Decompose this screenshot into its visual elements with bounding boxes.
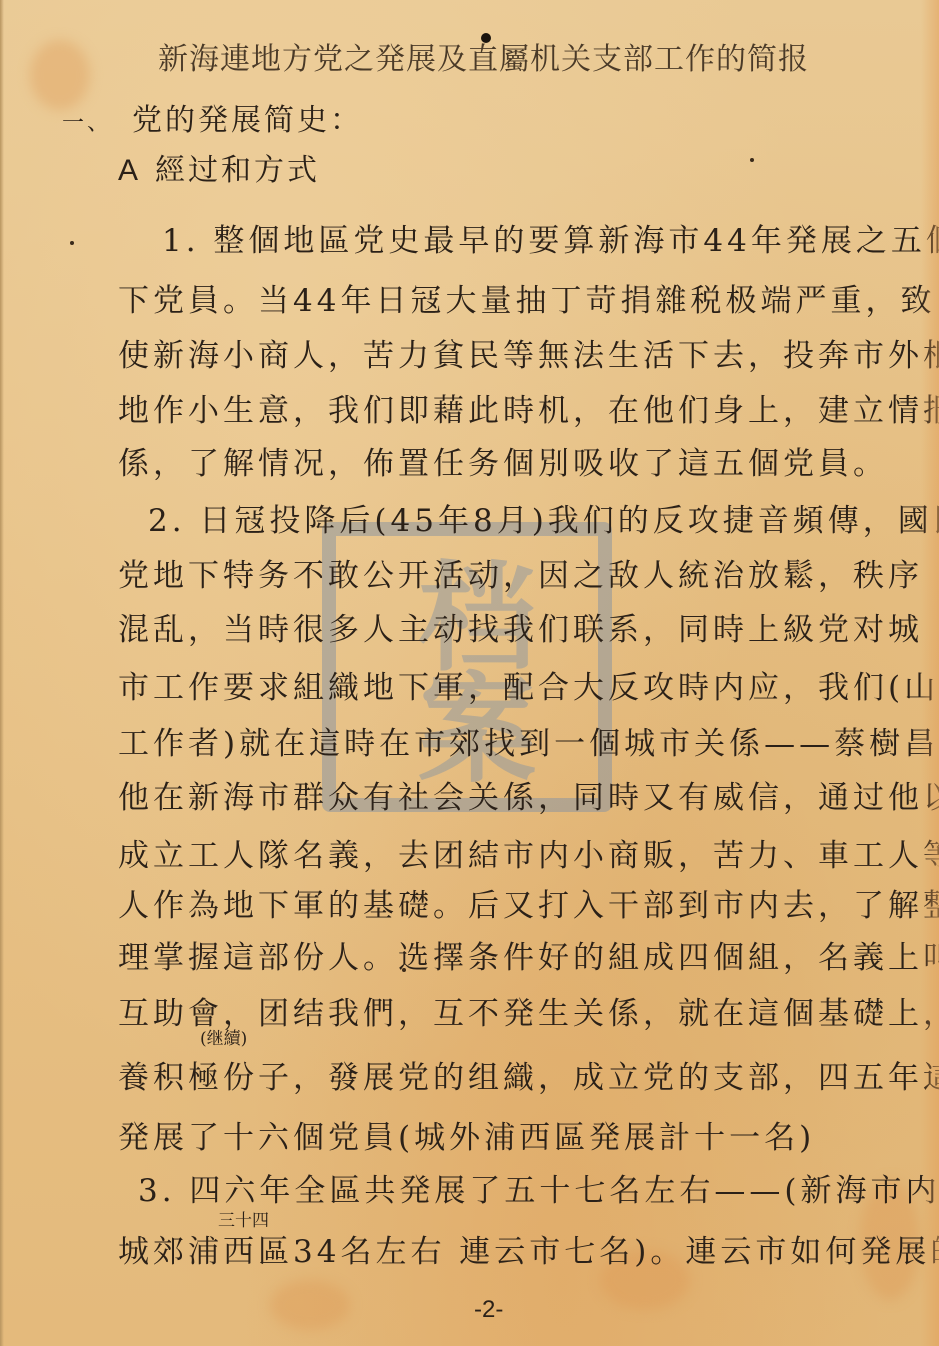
document-page: 档案 新海連地方党之発展及直屬机关支部工作的简报 一、党的発展简史： A經过和方… xyxy=(0,0,939,1346)
text-line: 人作為地下軍的基礎。后又打入干部到市内去，了解整 xyxy=(118,880,939,925)
section-heading-text: 党的発展简史： xyxy=(132,103,363,138)
subsection-heading: A經过和方式 xyxy=(118,145,320,189)
text-line: 混乱，当時很多人主动找我们联系，同時上級党对城 xyxy=(118,604,923,649)
text-line: 地作小生意，我们即藉此時机，在他们身上，建立情报关 xyxy=(118,385,939,430)
paper-stain xyxy=(270,1280,350,1330)
handwritten-annotation: (继續) xyxy=(200,1024,247,1049)
section-number: 一、 xyxy=(62,111,112,136)
text-line: 養积極份子，發展党的组織，成立党的支部，四五年這样 xyxy=(118,1052,939,1097)
text-line: 2. 日冦投降后(45年8月)我们的反攻捷音頻傳，國民 xyxy=(148,495,939,540)
text-line: 党地下特务不敢公开活动，因之敌人統治放鬆，秩序 xyxy=(118,550,923,595)
text-line: 発展了十六個党員(城外浦西區発展計十一名) xyxy=(118,1112,815,1157)
text-line: 1. 整個地區党史最早的要算新海市44年発展之五個地 xyxy=(162,215,939,260)
subsection-heading-text: 經过和方式 xyxy=(155,153,320,188)
text-line: 3. 四六年全區共発展了五十七名左右——(新海市内區十六名 xyxy=(138,1165,939,1210)
text-line: 使新海小商人，苦力貧民等無法生活下去，投奔市外根据 xyxy=(118,330,939,375)
ink-speck xyxy=(750,158,754,162)
text-line: 城郊浦西區34名左右 連云市七名)。連云市如何発展的 xyxy=(118,1226,939,1271)
text-line: 工作者)就在這時在市郊找到一個城市关係——蔡樹昌。 xyxy=(118,718,939,763)
text-line: 市工作要求組織地下軍，配合大反攻時内应，我们(山東城市 xyxy=(118,662,939,707)
text-line: 理掌握這部份人。选擇条件好的組成四個組，名義上叫 xyxy=(118,932,939,977)
page-number: -2- xyxy=(474,1296,503,1324)
document-title: 新海連地方党之発展及直屬机关支部工作的简报 xyxy=(158,34,809,78)
ink-speck xyxy=(70,241,74,245)
section-heading: 一、党的発展简史： xyxy=(62,95,363,139)
text-line: 係，了解情况，佈置任务個別吸收了這五個党員。 xyxy=(118,438,888,483)
subsection-letter: A xyxy=(118,154,141,187)
text-line: 成立工人隊名義，去团結市内小商販，苦力、車工人等十三 xyxy=(118,830,939,875)
text-line: 下党員。当44年日冦大量抽丁苛捐雜税极端严重，致 xyxy=(118,275,935,320)
text-line: 他在新海市群众有社会关係，同時又有威信，通过他以 xyxy=(118,772,939,817)
